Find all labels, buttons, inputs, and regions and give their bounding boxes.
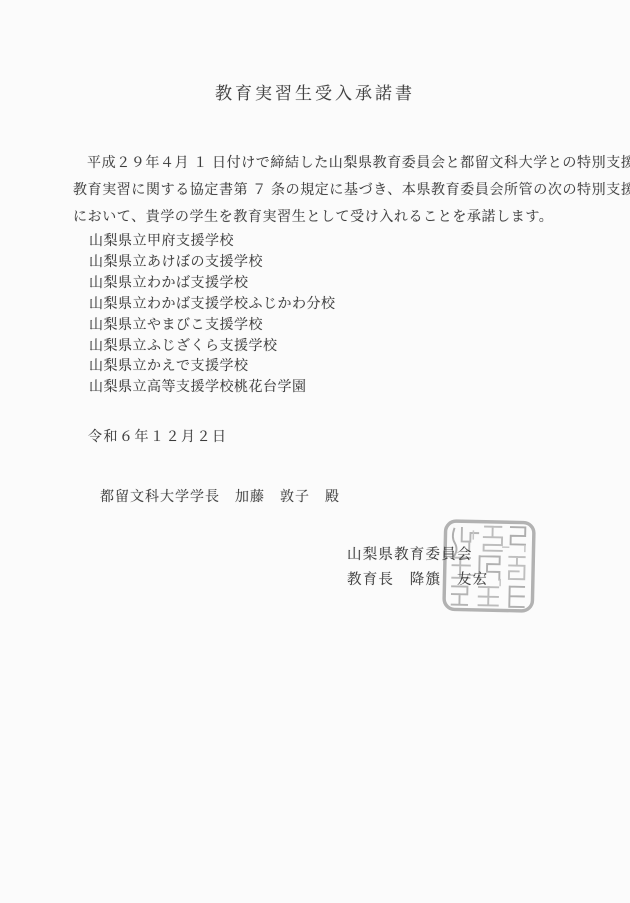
document-page: 教育実習生受入承諾書 平成２９年４月 １ 日付けで締結した山梨県教育委員会と都留…	[0, 0, 630, 903]
school-list-item: 山梨県立甲府支援学校	[89, 232, 336, 253]
body-line: 平成２９年４月 １ 日付けで締結した山梨県教育委員会と都留文科大学との特別支援学…	[73, 150, 583, 177]
issuer-block: 山梨県教育委員会 教育長 降籏 友宏	[347, 543, 488, 592]
body-line: 教育実習に関する協定書第 ７ 条の規定に基づき、本県教育委員会所管の次の特別支援…	[73, 177, 583, 204]
date-line: 令和６年１２月２日	[88, 426, 228, 446]
body-paragraph: 平成２９年４月 １ 日付けで締結した山梨県教育委員会と都留文科大学との特別支援学…	[73, 150, 583, 231]
document-title: 教育実習生受入承諾書	[0, 79, 630, 104]
issuer-title-name: 教育長 降籏 友宏	[347, 568, 488, 593]
school-list: 山梨県立甲府支援学校山梨県立あけぼの支援学校山梨県立わかば支援学校山梨県立わかば…	[89, 232, 336, 399]
school-list-item: 山梨県立ふじざくら支援学校	[89, 337, 336, 358]
school-list-item: 山梨県立わかば支援学校ふじかわ分校	[89, 295, 336, 316]
body-line: において、貴学の学生を教育実習生として受け入れることを承諾します。	[73, 204, 583, 231]
issuer-organization: 山梨県教育委員会	[347, 543, 488, 568]
school-list-item: 山梨県立やまびこ支援学校	[89, 316, 336, 337]
school-list-item: 山梨県立わかば支援学校	[89, 274, 336, 295]
school-list-item: 山梨県立高等支援学校桃花台学園	[89, 378, 336, 399]
school-list-item: 山梨県立かえで支援学校	[89, 357, 336, 378]
school-list-item: 山梨県立あけぼの支援学校	[89, 253, 336, 274]
addressee-line: 都留文科大学学長 加藤 敦子 殿	[100, 486, 340, 506]
